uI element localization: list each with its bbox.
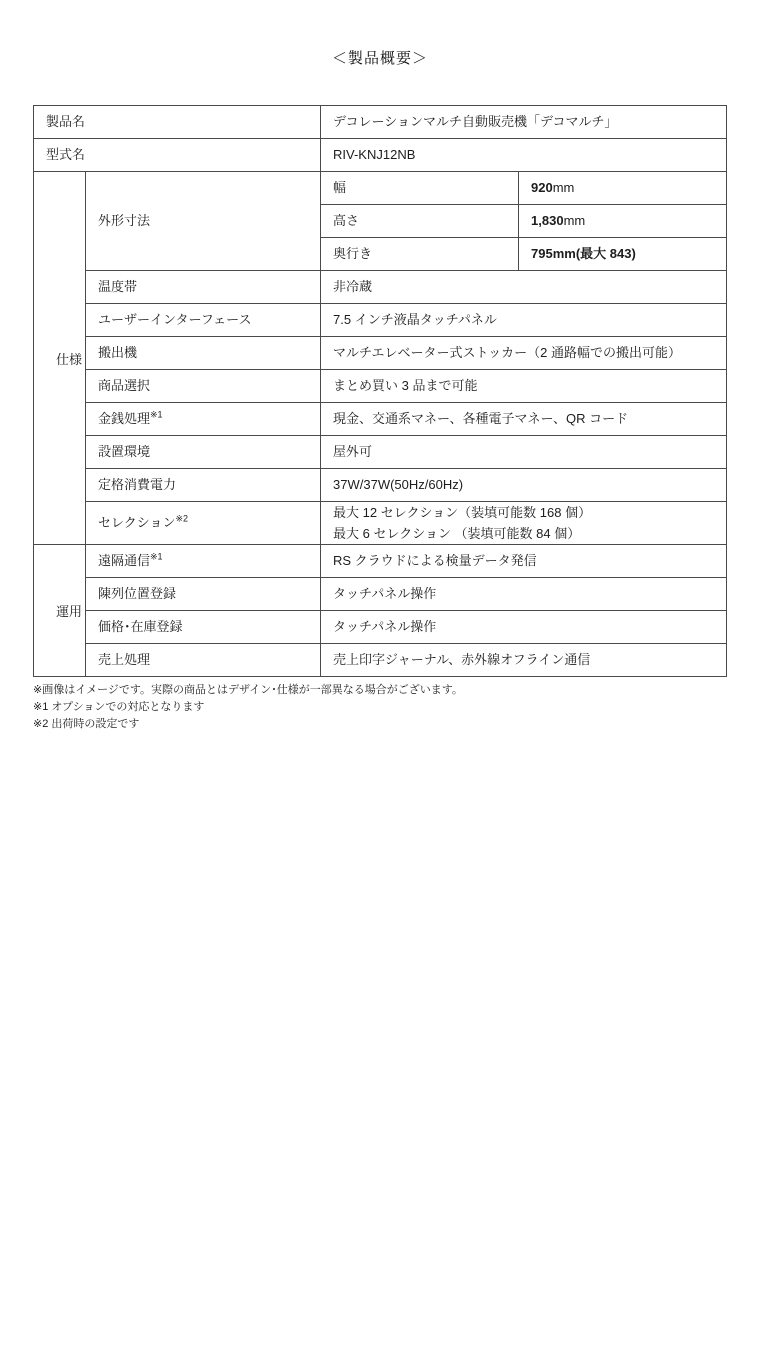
spec-label-payment: 金銭処理※1 — [86, 403, 321, 436]
page-title: ＜製品概要＞ — [0, 0, 760, 68]
footnote-image-disclaimer: ※画像はイメージです。実際の商品とはデザイン･仕様が一部異なる場合がございます。 — [33, 682, 760, 699]
spec-value-payment: 現金、交通系マネー、各種電子マネー、QR コード — [321, 403, 727, 436]
operation-label-price-stock: 価格･在庫登録 — [86, 611, 321, 644]
spec-label-selections: セレクション※2 — [86, 502, 321, 545]
spec-group-label: 仕様 — [56, 344, 69, 376]
note-ref-1: ※1 — [150, 552, 163, 562]
product-name-row: 製品名 デコレーションマルチ自動販売機「デコマルチ」 — [34, 106, 727, 139]
spec-value-selection-mode: まとめ買い 3 品まで可能 — [321, 370, 727, 403]
footnote-factory-setting: ※2 出荷時の設定です — [33, 716, 760, 733]
dimension-depth-name: 奥行き — [321, 238, 519, 271]
operation-label-text: 売上処理 — [98, 652, 150, 667]
spec-label-text: セレクション — [98, 515, 175, 530]
product-name-value: デコレーションマルチ自動販売機「デコマルチ」 — [321, 106, 727, 139]
footnote-option: ※1 オプションでの対応となります — [33, 699, 760, 716]
selections-line-1: 最大 12 セレクション（装填可能数 168 個） — [333, 502, 720, 523]
dimension-height-value-bold: 1,830 — [531, 213, 564, 228]
operation-group-cell: 運用 — [34, 545, 86, 677]
operation-label-remote: 遠隔通信※1 — [86, 545, 321, 578]
spec-label-ui: ユーザーインターフェース — [86, 304, 321, 337]
spec-label-text: 金銭処理 — [98, 411, 150, 426]
dimension-width-name: 幅 — [321, 172, 519, 205]
spec-row-dispenser: 搬出機 マルチエレベーター式ストッカー（2 通路幅での搬出可能） — [34, 337, 727, 370]
spec-label-power: 定格消費電力 — [86, 469, 321, 502]
spec-label-selection-mode: 商品選択 — [86, 370, 321, 403]
dimension-depth-value: 795mm(最大 843) — [519, 238, 727, 271]
spec-value-dispenser: マルチエレベーター式ストッカー（2 通路幅での搬出可能） — [321, 337, 727, 370]
selections-line-2: 最大 6 セレクション （装填可能数 84 個） — [333, 523, 720, 544]
dimension-height-name: 高さ — [321, 205, 519, 238]
model-name-label: 型式名 — [34, 139, 321, 172]
spec-row-payment: 金銭処理※1 現金、交通系マネー、各種電子マネー、QR コード — [34, 403, 727, 436]
spec-value-environment: 屋外可 — [321, 436, 727, 469]
dimensions-label: 外形寸法 — [86, 172, 321, 271]
dimension-width-value-bold: 920 — [531, 180, 553, 195]
spec-value-ui: 7.5 インチ液晶タッチパネル — [321, 304, 727, 337]
dimension-width-row: 仕様 外形寸法 幅 920mm — [34, 172, 727, 205]
operation-row-remote: 運用 遠隔通信※1 RS クラウドによる検量データ発信 — [34, 545, 727, 578]
note-ref-1: ※1 — [150, 410, 163, 420]
spec-value-selections: 最大 12 セレクション（装填可能数 168 個） 最大 6 セレクション （装… — [321, 502, 727, 545]
model-name-value: RIV-KNJ12NB — [321, 139, 727, 172]
operation-value-display-position: タッチパネル操作 — [321, 578, 727, 611]
spec-label-text: 搬出機 — [98, 345, 137, 360]
operation-value-sales: 売上印字ジャーナル、赤外線オフライン通信 — [321, 644, 727, 677]
spec-row-ui: ユーザーインターフェース 7.5 インチ液晶タッチパネル — [34, 304, 727, 337]
model-name-row: 型式名 RIV-KNJ12NB — [34, 139, 727, 172]
note-ref-2: ※2 — [175, 514, 188, 524]
operation-label-sales: 売上処理 — [86, 644, 321, 677]
operation-row-display-position: 陳列位置登録 タッチパネル操作 — [34, 578, 727, 611]
spec-label-text: 定格消費電力 — [98, 477, 176, 492]
spec-value-power: 37W/37W(50Hz/60Hz) — [321, 469, 727, 502]
operation-label-text: 価格･在庫登録 — [98, 619, 183, 634]
spec-value-temperature: 非冷蔵 — [321, 271, 727, 304]
dimension-depth-value-bold: 795mm(最大 843) — [531, 246, 636, 261]
spec-label-environment: 設置環境 — [86, 436, 321, 469]
spec-label-text: 温度帯 — [98, 279, 137, 294]
spec-label-text: 設置環境 — [98, 444, 150, 459]
spec-label-text: ユーザーインターフェース — [98, 312, 252, 327]
dimension-width-value-unit: mm — [553, 180, 575, 195]
spec-label-temperature: 温度帯 — [86, 271, 321, 304]
operation-row-price-stock: 価格･在庫登録 タッチパネル操作 — [34, 611, 727, 644]
operation-label-text: 陳列位置登録 — [98, 586, 176, 601]
spec-row-selection-mode: 商品選択 まとめ買い 3 品まで可能 — [34, 370, 727, 403]
product-spec-table: 製品名 デコレーションマルチ自動販売機「デコマルチ」 型式名 RIV-KNJ12… — [33, 105, 727, 677]
footnotes: ※画像はイメージです。実際の商品とはデザイン･仕様が一部異なる場合がございます。… — [33, 682, 760, 733]
spec-row-temperature: 温度帯 非冷蔵 — [34, 271, 727, 304]
spec-group-cell: 仕様 — [34, 172, 86, 545]
spec-row-selections: セレクション※2 最大 12 セレクション（装填可能数 168 個） 最大 6 … — [34, 502, 727, 545]
spec-row-power: 定格消費電力 37W/37W(50Hz/60Hz) — [34, 469, 727, 502]
operation-group-label: 運用 — [56, 596, 69, 628]
operation-value-price-stock: タッチパネル操作 — [321, 611, 727, 644]
page: { "title": "＜製品概要＞", "table": { "product… — [0, 0, 760, 1350]
spec-row-environment: 設置環境 屋外可 — [34, 436, 727, 469]
operation-label-display-position: 陳列位置登録 — [86, 578, 321, 611]
operation-value-remote: RS クラウドによる検量データ発信 — [321, 545, 727, 578]
spec-label-dispenser: 搬出機 — [86, 337, 321, 370]
dimension-height-value-unit: mm — [564, 213, 586, 228]
dimension-height-value: 1,830mm — [519, 205, 727, 238]
operation-row-sales: 売上処理 売上印字ジャーナル、赤外線オフライン通信 — [34, 644, 727, 677]
operation-label-text: 遠隔通信 — [98, 553, 150, 568]
spec-label-text: 商品選択 — [98, 378, 150, 393]
dimension-width-value: 920mm — [519, 172, 727, 205]
product-name-label: 製品名 — [34, 106, 321, 139]
